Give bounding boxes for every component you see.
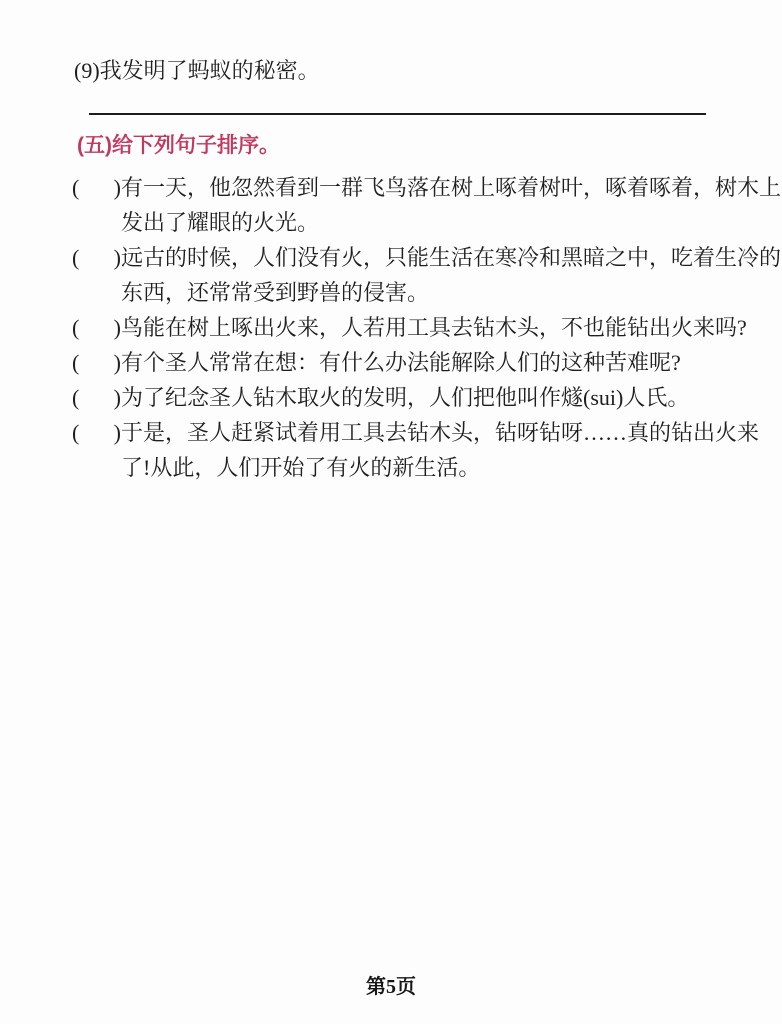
sentence-text: 鸟能在树上啄出火来，人若用工具去钻木头，不也能钻出火来吗? <box>121 315 747 340</box>
blank-open-paren: ( <box>72 380 79 415</box>
blank-close-paren: ) <box>114 240 121 275</box>
sentence-line: ()为了纪念圣人钻木取火的发明，人们把他叫作燧(sui)人氏。 <box>72 380 732 415</box>
answer-blank: () <box>72 310 121 345</box>
blank-close-paren: ) <box>114 415 121 450</box>
blank-open-paren: ( <box>72 415 79 450</box>
ordering-item: ()有个圣人常常在想：有什么办法能解除人们的这种苦难呢? <box>72 345 732 380</box>
ordering-item: ()远古的时候，人们没有火，只能生活在寒冷和黑暗之中，吃着生冷的 东西，还常常受… <box>72 240 732 310</box>
blank-open-paren: ( <box>72 310 79 345</box>
worksheet-page: (9)我发明了蚂蚁的秘密。 (五)给下列句子排序。 ()有一天，他忽然看到一群飞… <box>0 0 782 1024</box>
sentence-line: ()有个圣人常常在想：有什么办法能解除人们的这种苦难呢? <box>72 345 732 380</box>
sentence-line: 了!从此，人们开始了有火的新生活。 <box>72 450 732 485</box>
ordering-item: ()于是，圣人赶紧试着用工具去钻木头，钻呀钻呀……真的钻出火来 了!从此，人们开… <box>72 415 732 485</box>
section-divider <box>89 113 706 115</box>
blank-open-paren: ( <box>72 170 79 205</box>
blank-close-paren: ) <box>114 170 121 205</box>
answer-blank: () <box>72 240 121 275</box>
sentence-line: ()鸟能在树上啄出火来，人若用工具去钻木头，不也能钻出火来吗? <box>72 310 732 345</box>
answer-blank: () <box>72 345 121 380</box>
page-number: 第5页 <box>0 974 782 1000</box>
blank-open-paren: ( <box>72 240 79 275</box>
blank-close-paren: ) <box>114 310 121 345</box>
ordering-item: ()为了纪念圣人钻木取火的发明，人们把他叫作燧(sui)人氏。 <box>72 380 732 415</box>
sentence-line: ()有一天，他忽然看到一群飞鸟落在树上啄着树叶，啄着啄着，树木上 <box>72 170 732 205</box>
sentence-text: 有一天，他忽然看到一群飞鸟落在树上啄着树叶，啄着啄着，树木上 <box>121 175 781 200</box>
sentence-text: 远古的时候，人们没有火，只能生活在寒冷和黑暗之中，吃着生冷的 <box>121 245 781 270</box>
blank-close-paren: ) <box>114 380 121 415</box>
sentence-line: 发出了耀眼的火光。 <box>72 205 732 240</box>
sentence-text: 于是，圣人赶紧试着用工具去钻木头，钻呀钻呀……真的钻出火来 <box>121 420 759 445</box>
ordering-item: ()鸟能在树上啄出火来，人若用工具去钻木头，不也能钻出火来吗? <box>72 310 732 345</box>
question-9-text: (9)我发明了蚂蚁的秘密。 <box>74 57 320 85</box>
answer-blank: () <box>72 170 121 205</box>
answer-blank: () <box>72 380 121 415</box>
blank-open-paren: ( <box>72 345 79 380</box>
sentence-line: ()于是，圣人赶紧试着用工具去钻木头，钻呀钻呀……真的钻出火来 <box>72 415 732 450</box>
sentence-ordering-list: ()有一天，他忽然看到一群飞鸟落在树上啄着树叶，啄着啄着，树木上 发出了耀眼的火… <box>72 170 732 485</box>
sentence-text: 为了纪念圣人钻木取火的发明，人们把他叫作燧(sui)人氏。 <box>121 385 689 410</box>
sentence-line: ()远古的时候，人们没有火，只能生活在寒冷和黑暗之中，吃着生冷的 <box>72 240 732 275</box>
ordering-item: ()有一天，他忽然看到一群飞鸟落在树上啄着树叶，啄着啄着，树木上 发出了耀眼的火… <box>72 170 732 240</box>
section-5-heading: (五)给下列句子排序。 <box>77 132 280 159</box>
sentence-text: 有个圣人常常在想：有什么办法能解除人们的这种苦难呢? <box>121 350 681 375</box>
answer-blank: () <box>72 415 121 450</box>
blank-close-paren: ) <box>114 345 121 380</box>
sentence-line: 东西，还常常受到野兽的侵害。 <box>72 275 732 310</box>
